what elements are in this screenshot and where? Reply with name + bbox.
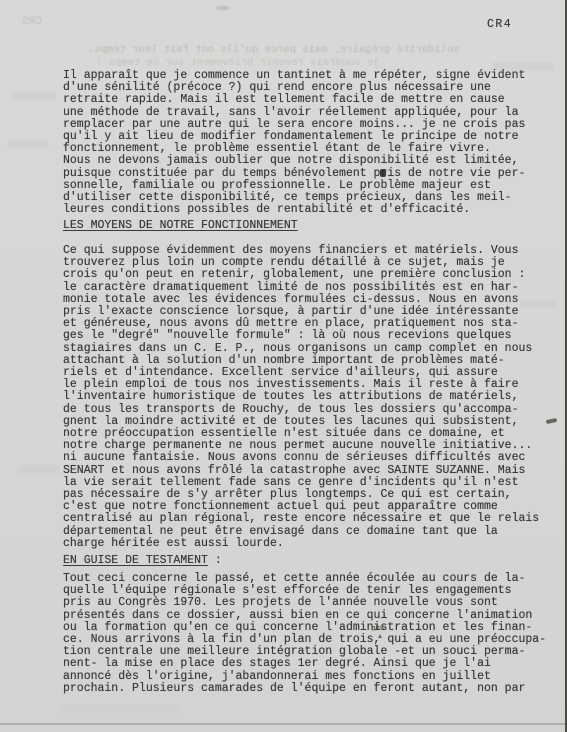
intro-paragraph: Il apparaît que je commence un tantinet … [63, 70, 525, 216]
scan-speck [546, 418, 558, 424]
bleedthrough-smudge [60, 706, 180, 712]
insertion-caret-mark [378, 634, 382, 638]
section-body: Tout ceci concerne le passé, et cette an… [63, 573, 546, 695]
section-body: Ce qui suppose évidemment des moyens fin… [63, 245, 539, 550]
scan-speck [216, 6, 230, 10]
section-heading-text: LES MOYENS DE NOTRE FONCTIONNEMENT [63, 219, 298, 232]
handwritten-insertion: ans [371, 625, 384, 634]
bleedthrough-page-ref: CR5 [22, 16, 42, 28]
bleedthrough-smudge [18, 466, 60, 474]
scanned-typewritten-page: CR5 solidarité grégaire, mais parce qu'i… [0, 0, 567, 732]
page-number: CR4 [487, 19, 512, 31]
bleedthrough-smudge [8, 140, 48, 148]
ink-blob [380, 169, 386, 177]
section-heading-suffix: : [208, 554, 222, 567]
scan-edge-bottom [0, 723, 567, 725]
bleedthrough-smudge [10, 92, 56, 100]
section-heading-text: EN GUISE DE TESTAMENT [63, 554, 208, 567]
section-heading: EN GUISE DE TESTAMENT : [63, 555, 222, 567]
bleedthrough-line: solidarité grégaire, mais parce qu'ils o… [88, 44, 460, 56]
section-heading: LES MOYENS DE NOTRE FONCTIONNEMENT [63, 220, 298, 232]
bleedthrough-line: je voudrais revenir brièvement sur ce te… [96, 57, 380, 69]
